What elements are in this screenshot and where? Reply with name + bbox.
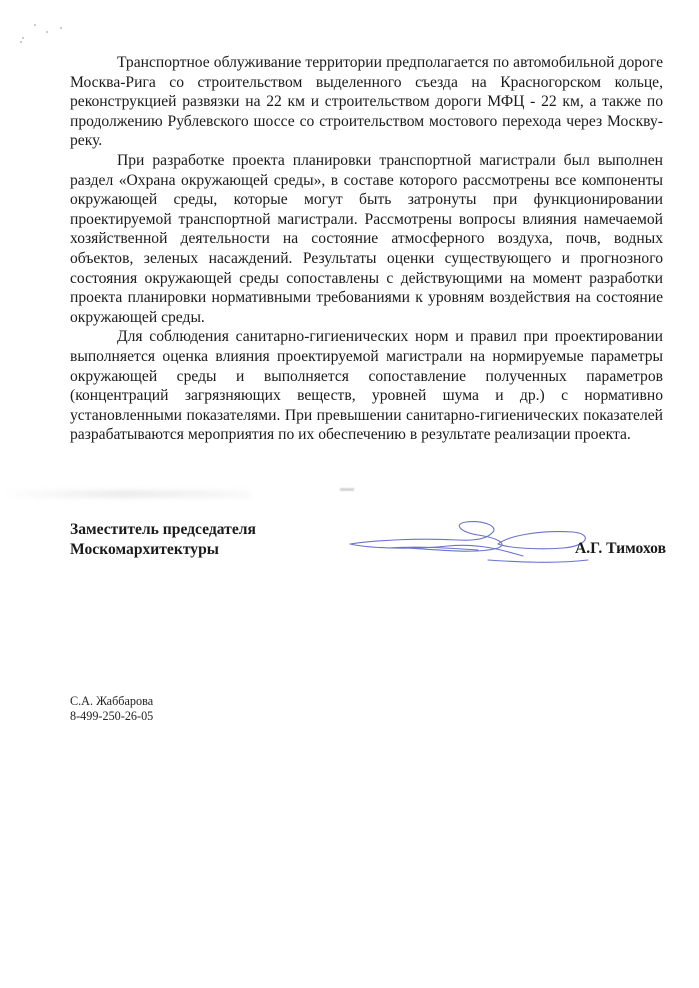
paragraph-sanitary: Для соблюдения санитарно-гигиенических н…	[70, 327, 663, 445]
scan-smudge	[0, 490, 250, 498]
paragraph-transport: Транспортное облуживание территории пред…	[70, 53, 663, 151]
document-page: Транспортное облуживание территории пред…	[0, 0, 699, 988]
executor-phone: 8-499-250-26-05	[70, 709, 153, 724]
letter-body: Транспортное облуживание территории пред…	[70, 53, 663, 445]
signer-title: Заместитель председателя Москомархитекту…	[70, 520, 256, 559]
signature-block: Заместитель председателя Москомархитекту…	[70, 520, 666, 564]
signer-title-line-2: Москомархитектуры	[70, 540, 256, 560]
executor-name: С.А. Жаббарова	[70, 694, 153, 709]
paragraph-environment: При разработке проекта планировки трансп…	[70, 151, 663, 327]
signer-name: А.Г. Тимохов	[575, 539, 666, 559]
executor-info: С.А. Жаббарова 8-499-250-26-05	[70, 694, 153, 724]
scan-mark	[340, 488, 354, 491]
handwritten-signature-icon	[348, 510, 598, 570]
signer-title-line-1: Заместитель председателя	[70, 520, 256, 540]
